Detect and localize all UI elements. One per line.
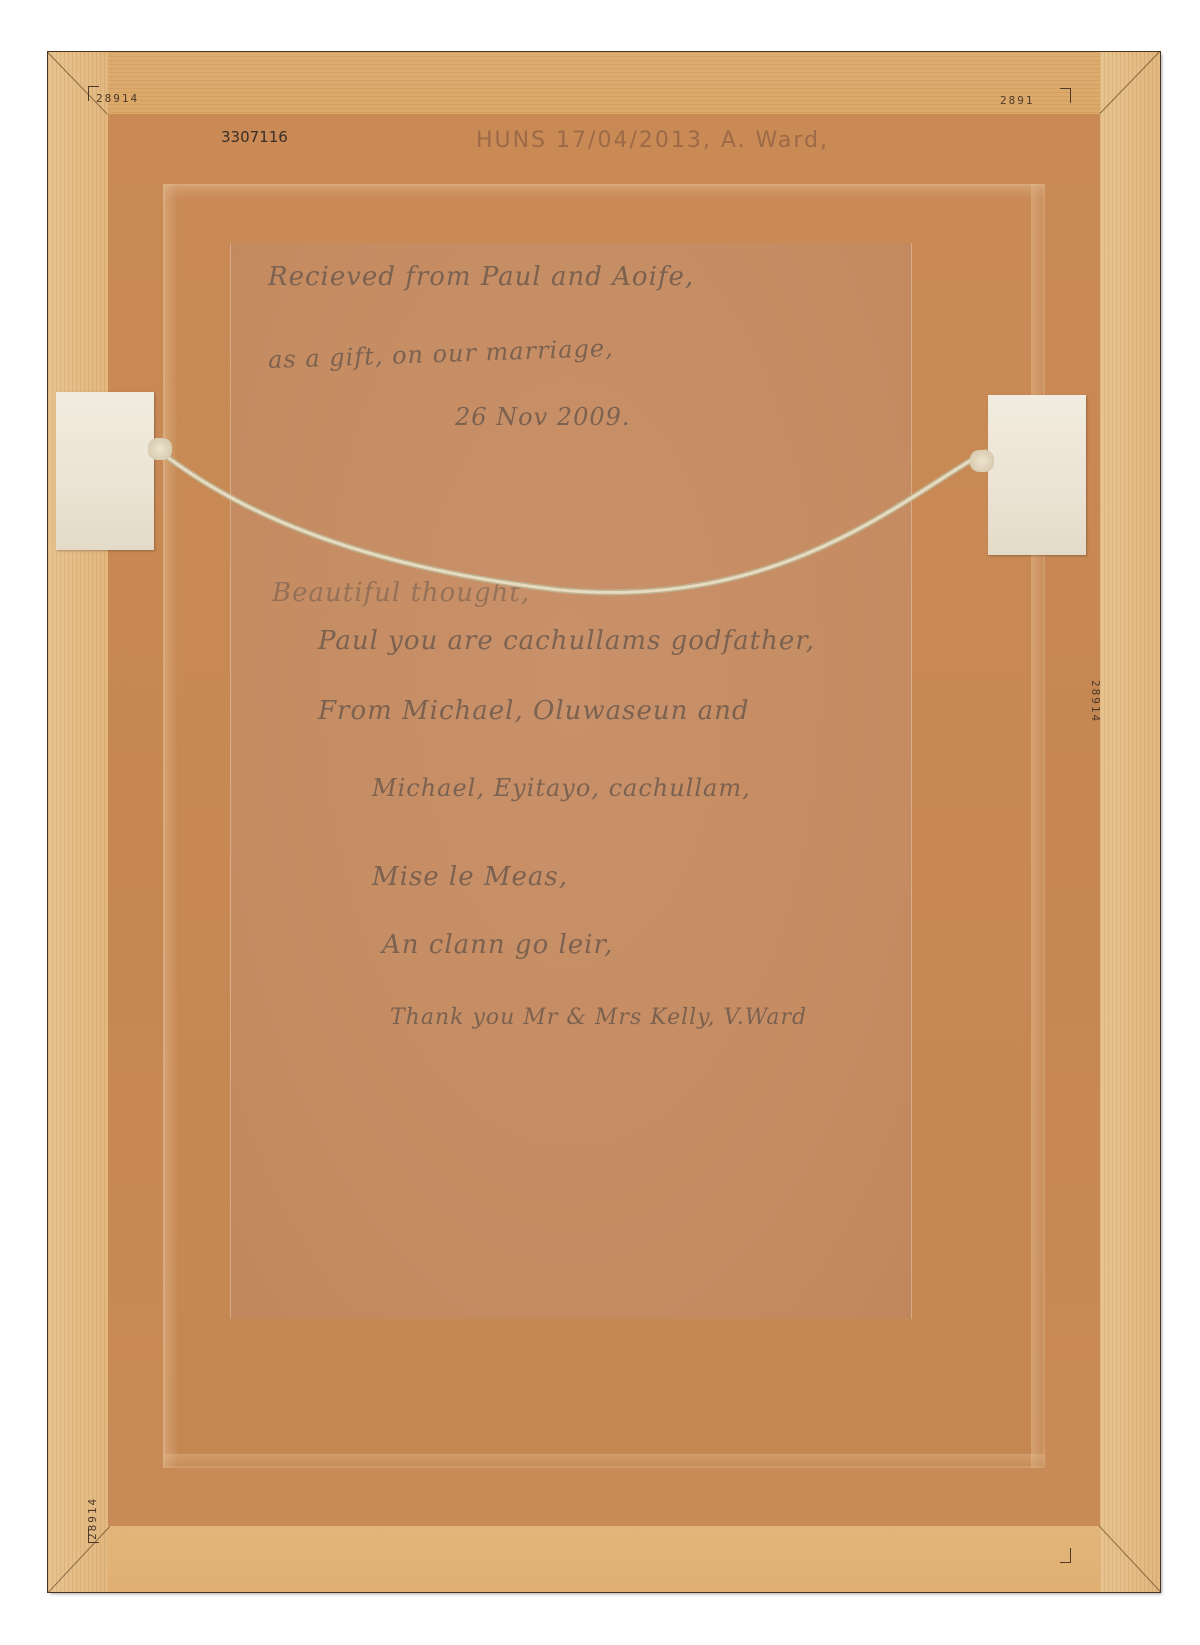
hanging-label-left — [56, 392, 154, 550]
cord-knot-right — [970, 450, 994, 472]
cord-knot-left — [148, 438, 172, 460]
hanging-label-right — [988, 395, 1086, 555]
hanging-cord — [0, 0, 1200, 1645]
